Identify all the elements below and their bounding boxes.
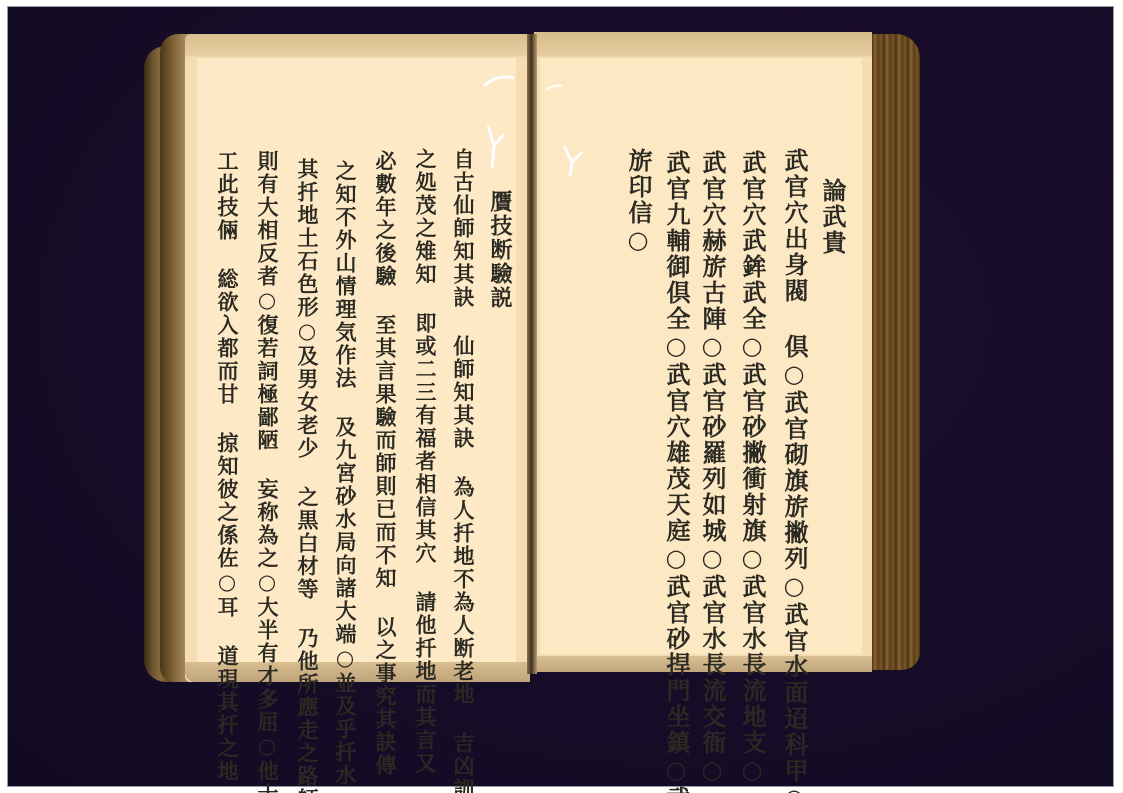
right-page-column-4: 武官九輔御倶全○武官穴雄茂天庭○武官砂捍門坐鎮○武官水洪 — [664, 150, 688, 655]
white-correction-marks — [476, 68, 616, 178]
right-page-column-3: 武官穴赫旂古陣○武官砂羅列如城○武官水長流交衙○ — [700, 150, 724, 590]
left-page-column-5: 其扦地土石色形○及男女老少 之黒白材等 乃他所應走之路師的人 — [296, 158, 317, 668]
right-page-column-1: 武官穴出身閥 倶○武官砌旗旂撇列○武官水面迢科甲○ — [782, 148, 806, 588]
left-page-heading: 贋技断驗説 — [488, 190, 510, 310]
right-page-heading: 論武貴 — [820, 178, 844, 256]
left-page-column-3: 必數年之後驗 至其言果驗而師則已而不知 以之事究其訣傳 — [374, 150, 395, 660]
left-page-column-2: 之処茂之雉知 即或二三有福者相信其穴 請他扦地而其言又 — [414, 148, 435, 658]
left-page-column-1: 自古仙師知其訣 仙師知其訣 為人扦地不為人断老地 吉凶訓 — [452, 148, 473, 658]
book-fore-edge-right — [866, 34, 920, 670]
left-page-column-6: 則有大相反者○復若詞極鄙陋 妄称為之○大半有才多屈○他士專 — [256, 150, 277, 660]
left-page-column-7: 工此技倆 総欲入都而甘 掠知彼之係佐○耳 道現其扦之地 則參一 — [216, 150, 237, 660]
right-page-column-2: 武官穴武鉾武全○武官砂撇衝射旗○武官水長流地支○ — [740, 150, 764, 590]
left-page-column-4: 之知不外山情理気作法 及九宮砂水局向諸大端○並及乎扦水 — [334, 160, 355, 670]
right-page-column-5: 旂印信○ — [626, 148, 650, 256]
